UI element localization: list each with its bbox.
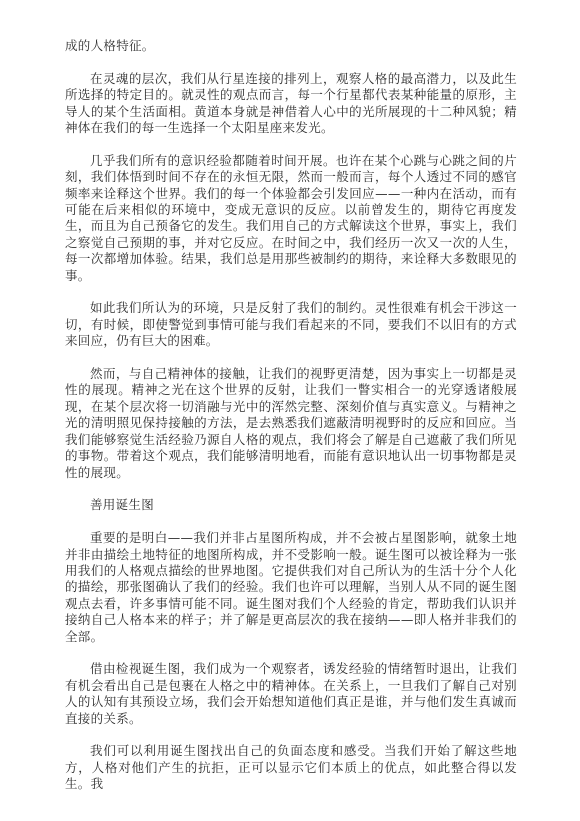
paragraph: 借由检视诞生图，我们成为一个观察者，诱发经验的情绪暂时退出，让我们有机会看出自己… bbox=[65, 661, 517, 727]
paragraph: 几乎我们所有的意识经验都随着时间开展。也许在某个心跳与心跳之间的片刻，我们体悟到… bbox=[65, 153, 517, 284]
paragraph: 成的人格特征。 bbox=[65, 38, 517, 54]
document-body: 成的人格特征。在灵魂的层次，我们从行星连接的排列上，观察人格的最高潜力，以及此生… bbox=[65, 38, 517, 793]
paragraph: 如此我们所认为的环境，只是反射了我们的制约。灵性很难有机会干涉这一切，有时候，即… bbox=[65, 300, 517, 349]
section-heading: 善用诞生图 bbox=[65, 497, 517, 513]
paragraph: 然而，与自己精神体的接触，让我们的视野更清楚，因为事实上一切都是灵性的展现。精神… bbox=[65, 366, 517, 481]
paragraph: 重要的是明白——我们并非占星图所构成，并不会被占星图影响，就象土地并非由描绘土地… bbox=[65, 530, 517, 645]
paragraph: 在灵魂的层次，我们从行星连接的排列上，观察人格的最高潜力，以及此生所选择的特定目… bbox=[65, 71, 517, 137]
document-page: 成的人格特征。在灵魂的层次，我们从行星连接的排列上，观察人格的最高潜力，以及此生… bbox=[0, 0, 580, 821]
paragraph: 我们可以利用诞生图找出自己的负面态度和感受。当我们开始了解这些地方，人格对他们产… bbox=[65, 743, 517, 792]
